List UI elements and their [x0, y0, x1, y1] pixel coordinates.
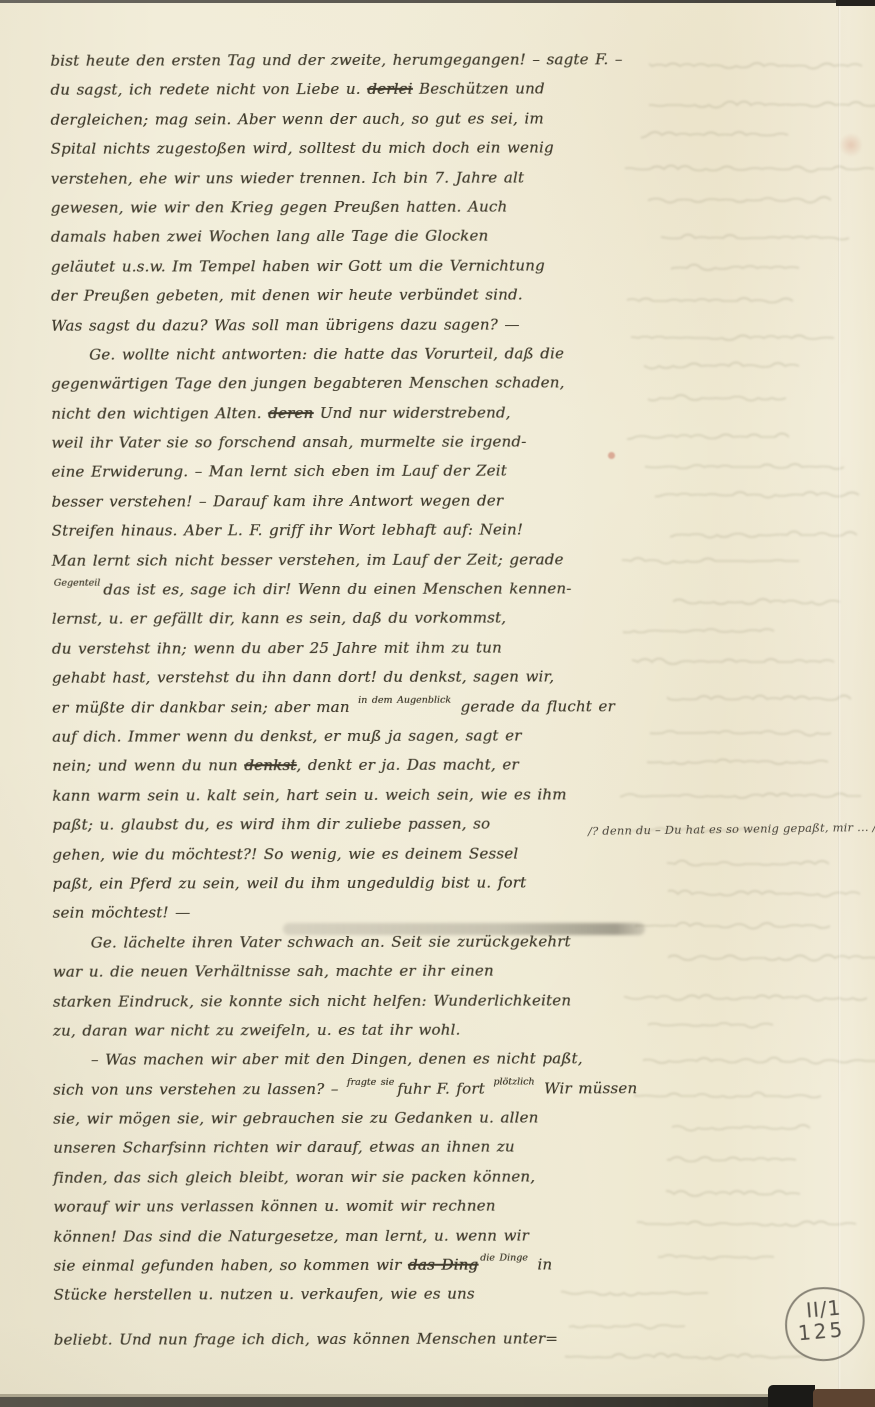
interlinear-insertion: die Dinge	[480, 1253, 528, 1264]
interlinear-insertion: in dem Augenblick	[358, 694, 451, 705]
handwritten-text: Beschützen und	[412, 80, 544, 98]
handwritten-text: der Preußen gebeten, mit denen wir heute…	[51, 286, 523, 305]
handwritten-text: sein möchtest! —	[53, 904, 191, 922]
verso-bleedthrough-line	[648, 192, 831, 212]
manuscript-line: er müßte dir dankbar sein; aber man in d…	[52, 692, 638, 723]
handwritten-text: paßt, ein Pferd zu sein, weil du ihm ung…	[52, 873, 526, 892]
handwritten-text: geläutet u.s.w. Im Tempel haben wir Gott…	[51, 256, 545, 275]
handwritten-text: können! Das sind die Naturgesetze, man l…	[53, 1226, 529, 1245]
manuscript-line: finden, das sich gleich bleibt, woran wi…	[53, 1162, 639, 1193]
manuscript-line: Spital nichts zugestoßen wird, solltest …	[51, 133, 637, 164]
handwritten-text: du sagst, ich redete nicht von Liebe u.	[50, 80, 367, 99]
manuscript-line: können! Das sind die Naturgesetze, man l…	[53, 1221, 639, 1252]
handwritten-text: du verstehst ihn; wenn du aber 25 Jahre …	[52, 638, 502, 657]
scan-edge-bottom-brown-patch	[813, 1389, 875, 1407]
handwritten-text: in	[531, 1255, 552, 1273]
verso-bleedthrough-line	[634, 1088, 821, 1108]
manuscript-line: weil ihr Vater sie so forschend ansah, m…	[51, 427, 637, 458]
manuscript-line: worauf wir uns verlassen können u. womit…	[53, 1191, 639, 1222]
paper-stain	[840, 132, 862, 158]
handwritten-text: Spital nichts zugestoßen wird, solltest …	[51, 139, 554, 158]
manuscript-line: sie, wir mögen sie, wir gebrauchen sie z…	[53, 1103, 639, 1134]
verso-bleedthrough-line	[671, 260, 799, 280]
handwritten-text: Ge. lächelte ihren Vater schwach an. Sei…	[91, 932, 571, 951]
handwritten-text: Und nur widerstrebend,	[313, 403, 510, 422]
handwritten-text: auf dich. Immer wenn du denkst, er muß j…	[52, 727, 521, 746]
handwritten-text: lernst, u. er gefällt dir, kann es sein,…	[52, 609, 506, 628]
paper-crease-line	[838, 0, 841, 1407]
verso-bleedthrough-line	[668, 886, 860, 906]
handwritten-text: sie, wir mögen sie, wir gebrauchen sie z…	[53, 1109, 538, 1128]
handwritten-text: paßt; u. glaubst du, es wird ihm dir zul…	[52, 815, 490, 834]
manuscript-line: bist heute den ersten Tag und der zweite…	[50, 45, 636, 76]
verso-bleedthrough-line	[648, 390, 786, 410]
handwritten-text: worauf wir uns verlassen können u. womit…	[53, 1197, 495, 1216]
manuscript-line: auf dich. Immer wenn du denkst, er muß j…	[52, 721, 638, 752]
handwritten-text: Streifen hinaus. Aber L. F. griff ihr Wo…	[52, 521, 523, 540]
manuscript-line: nicht den wichtigen Alten. deren Und nur…	[51, 398, 637, 429]
handwritten-text: Ge. wollte nicht antworten: die hatte da…	[89, 344, 564, 363]
interlinear-insertion: Gegenteil	[54, 578, 101, 589]
verso-bleedthrough-line	[667, 1152, 796, 1172]
handwritten-text: weil ihr Vater sie so forschend ansah, m…	[51, 433, 526, 452]
handwritten-text: sich von uns verstehen zu lassen? –	[53, 1080, 345, 1099]
handwritten-text: zu, daran war nicht zu zweifeln, u. es t…	[53, 1021, 461, 1040]
manuscript-line: du sagst, ich redete nicht von Liebe u. …	[50, 75, 636, 106]
verso-bleedthrough-line	[645, 459, 844, 479]
manuscript-line: beliebt. Und nun frage ich dich, was kön…	[54, 1324, 640, 1355]
verso-bleedthrough-line	[632, 654, 834, 674]
manuscript-line: eine Erwiderung. – Man lernt sich eben i…	[51, 457, 637, 488]
handwritten-text: gehen, wie du möchtest?! So wenig, wie e…	[52, 844, 518, 863]
manuscript-line: Gegenteildas ist es, sage ich dir! Wenn …	[52, 574, 638, 605]
manuscript-line: sich von uns verstehen zu lassen? – frag…	[53, 1074, 639, 1105]
interlinear-insertion: fragte sie	[347, 1077, 394, 1088]
verso-bleedthrough-line	[673, 594, 840, 614]
manuscript-line: geläutet u.s.w. Im Tempel haben wir Gott…	[51, 251, 637, 282]
handwritten-text: dergleichen; mag sein. Aber wenn der auc…	[50, 109, 543, 128]
manuscript-page: bist heute den ersten Tag und der zweite…	[0, 0, 875, 1407]
manuscript-line: gewesen, wie wir den Krieg gegen Preußen…	[51, 192, 637, 223]
verso-bleedthrough-line	[623, 623, 774, 643]
verso-bleedthrough-line	[625, 161, 874, 181]
manuscript-paragraph: Ge. wollte nicht antworten: die hatte da…	[51, 339, 639, 928]
manuscript-line: unseren Scharfsinn richten wir darauf, e…	[53, 1133, 639, 1164]
handwritten-text: Man lernt sich nicht besser verstehen, i…	[52, 550, 564, 569]
verso-bleedthrough-line	[624, 990, 867, 1010]
manuscript-line: war u. die neuen Verhältnisse sah, macht…	[53, 956, 639, 987]
handwritten-text: Wir müssen	[537, 1079, 637, 1097]
manuscript-line: gegenwärtigen Tage den jungen begabteren…	[51, 369, 637, 400]
handwritten-text: , denkt er ja. Das macht, er	[296, 756, 518, 775]
manuscript-line: – Was machen wir aber mit den Dingen, de…	[53, 1045, 639, 1076]
manuscript-line: lernst, u. er gefällt dir, kann es sein,…	[52, 604, 638, 635]
handwritten-text: damals haben zwei Wochen lang alle Tage …	[51, 227, 489, 246]
manuscript-line: gehabt hast, verstehst du ihn dann dort!…	[52, 662, 638, 693]
handwritten-text: beliebt. Und nun frage ich dich, was kön…	[54, 1329, 558, 1348]
scan-edge-top	[0, 0, 875, 3]
verso-bleedthrough-line	[661, 230, 849, 250]
verso-bleedthrough-line	[627, 293, 793, 313]
manuscript-paragraph: – Was machen wir aber mit den Dingen, de…	[53, 1045, 640, 1355]
handwritten-text: eine Erwiderung. – Man lernt sich eben i…	[51, 462, 507, 481]
handwritten-text: nicht den wichtigen Alten.	[51, 404, 268, 423]
verso-bleedthrough-line	[667, 691, 851, 711]
handwritten-text: bist heute den ersten Tag und der zweite…	[50, 50, 622, 69]
interlinear-insertion: plötzlich	[493, 1076, 534, 1087]
manuscript-line: besser verstehen! – Darauf kam ihre Antw…	[51, 486, 637, 517]
handwritten-text: er müßte dir dankbar sein; aber man	[52, 698, 356, 717]
manuscript-line: Ge. wollte nicht antworten: die hatte da…	[51, 339, 637, 370]
manuscript-line: Stücke herstellen u. nutzen u. verkaufen…	[54, 1280, 640, 1311]
verso-bleedthrough-line	[666, 1186, 800, 1206]
manuscript-line: paßt; u. glaubst du, es wird ihm dir zul…	[52, 809, 638, 840]
verso-bleedthrough-line	[667, 856, 829, 876]
verso-bleedthrough-line	[637, 1216, 856, 1236]
manuscript-line: Streifen hinaus. Aber L. F. griff ihr Wo…	[52, 515, 638, 546]
manuscript-line: der Preußen gebeten, mit denen wir heute…	[51, 280, 637, 311]
handwritten-text: gerade da flucht er	[454, 697, 615, 715]
verso-bleedthrough-line	[644, 358, 799, 378]
handwritten-text: gehabt hast, verstehst du ihn dann dort!…	[52, 668, 554, 687]
scan-edge-top-right-corner	[836, 0, 875, 6]
archive-page-number-stamp: II/1 125	[782, 1284, 868, 1365]
handwritten-text: – Was machen wir aber mit den Dingen, de…	[91, 1050, 583, 1069]
verso-bleedthrough-line	[670, 527, 857, 547]
verso-bleedthrough-line	[627, 429, 789, 449]
handwritten-text: gewesen, wie wir den Krieg gegen Preußen…	[51, 198, 508, 217]
manuscript-line: kann warm sein u. kalt sein, hart sein u…	[52, 780, 638, 811]
manuscript-line: Man lernt sich nicht besser verstehen, i…	[52, 545, 638, 576]
handwritten-text: Stücke herstellen u. nutzen u. verkaufen…	[54, 1285, 475, 1304]
verso-bleedthrough-line	[620, 788, 861, 808]
handwritten-text: finden, das sich gleich bleibt, woran wi…	[53, 1167, 535, 1186]
verso-bleedthrough-line	[641, 127, 788, 147]
manuscript-line: verstehen, ehe wir uns wieder trennen. I…	[51, 163, 637, 194]
verso-bleedthrough-line	[649, 58, 862, 78]
manuscript-text-block: bist heute den ersten Tag und der zweite…	[50, 45, 639, 1355]
verso-bleedthrough-line	[668, 950, 875, 970]
handwritten-text: starken Eindruck, sie konnte sich nicht …	[53, 991, 571, 1010]
struck-word: deren	[268, 404, 313, 422]
handwritten-text: nein; und wenn du nun	[52, 757, 244, 776]
handwritten-text: das ist es, sage ich dir! Wenn du einen …	[103, 579, 571, 598]
manuscript-line: Was sagst du dazu? Was soll man übrigens…	[51, 310, 637, 341]
verso-bleedthrough-line	[622, 553, 799, 573]
verso-bleedthrough-line	[649, 97, 875, 117]
struck-word: das Ding	[408, 1256, 478, 1274]
scan-edge-bottom-black-block	[768, 1385, 815, 1407]
verso-bleedthrough-line	[635, 918, 830, 938]
verso-bleedthrough-line	[655, 487, 859, 507]
struck-word: denkst	[244, 757, 296, 775]
handwritten-text: war u. die neuen Verhältnisse sah, macht…	[53, 962, 494, 981]
handwritten-text: sie einmal gefunden haben, so kommen wir	[53, 1256, 407, 1275]
manuscript-line: du verstehst ihn; wenn du aber 25 Jahre …	[52, 633, 638, 664]
manuscript-line: sie einmal gefunden haben, so kommen wir…	[53, 1250, 639, 1281]
manuscript-line: paßt, ein Pferd zu sein, weil du ihm ung…	[52, 868, 638, 899]
verso-bleedthrough-line	[631, 330, 834, 350]
handwritten-text: unseren Scharfsinn richten wir darauf, e…	[53, 1138, 515, 1157]
handwritten-text: fuhr F. fort	[397, 1079, 491, 1097]
manuscript-line: gehen, wie du möchtest?! So wenig, wie e…	[52, 839, 638, 870]
manuscript-line: damals haben zwei Wochen lang alle Tage …	[51, 222, 637, 253]
handwritten-text: kann warm sein u. kalt sein, hart sein u…	[52, 785, 566, 804]
manuscript-paragraph: bist heute den ersten Tag und der zweite…	[50, 45, 637, 340]
verso-bleedthrough-line	[648, 1017, 773, 1037]
handwritten-text: Was sagst du dazu? Was soll man übrigens…	[51, 315, 520, 334]
handwritten-text: verstehen, ehe wir uns wieder trennen. I…	[51, 168, 525, 187]
manuscript-paragraph: Ge. lächelte ihren Vater schwach an. Sei…	[53, 927, 639, 1046]
verso-bleedthrough-line	[672, 1120, 810, 1140]
margin-note: /? denn du – Du hat es so wenig gepaßt, …	[588, 820, 870, 838]
handwritten-text: gegenwärtigen Tage den jungen begabteren…	[51, 374, 564, 393]
handwritten-text: besser verstehen! – Darauf kam ihre Antw…	[51, 491, 503, 510]
manuscript-line: starken Eindruck, sie konnte sich nicht …	[53, 986, 639, 1017]
struck-word: derlei	[367, 80, 412, 98]
manuscript-line: zu, daran war nicht zu zweifeln, u. es t…	[53, 1015, 639, 1046]
erased-pencil-smudge	[283, 923, 645, 935]
manuscript-line: dergleichen; mag sein. Aber wenn der auc…	[50, 104, 636, 135]
verso-bleedthrough-line	[647, 754, 828, 774]
verso-bleedthrough-line	[650, 725, 831, 745]
verso-bleedthrough-line	[658, 1249, 774, 1269]
scan-edge-bottom	[0, 1397, 875, 1407]
manuscript-line: nein; und wenn du nun denkst, denkt er j…	[52, 751, 638, 782]
